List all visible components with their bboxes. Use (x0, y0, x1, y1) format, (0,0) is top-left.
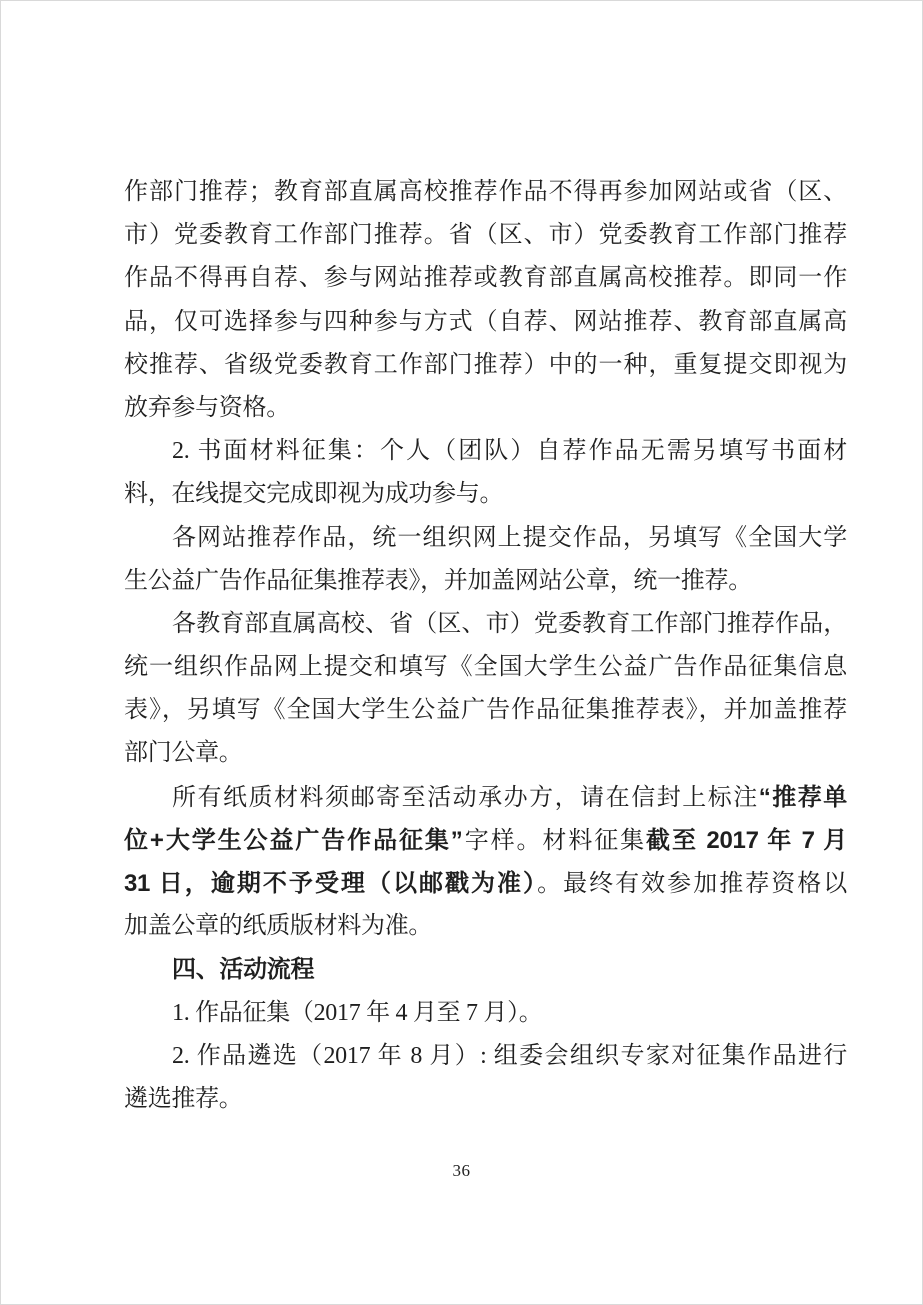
bold-text-segment: 位+大学生公益广告作品征集” (124, 827, 463, 854)
text-line: 品，仅可选择参与四种参与方式（自荐、网站推荐、教育部直属高 (124, 301, 847, 344)
text-line: 各教育部直属高校、省（区、市）党委教育工作部门推荐作品， (124, 603, 847, 646)
text-line: 2. 作品遴选（2017 年 8 月）: 组委会组织专家对征集作品进行 (124, 1035, 847, 1078)
text-line: 所有纸质材料须邮寄至活动承办方，请在信封上标注“推荐单 (124, 776, 847, 819)
text-segment: 生公益广告作品征集推荐表》，并加盖网站公章，统一推荐。 (124, 568, 752, 594)
text-line: 生公益广告作品征集推荐表》，并加盖网站公章，统一推荐。 (124, 560, 847, 603)
text-line: 料，在线提交完成即视为成功参与。 (124, 473, 847, 516)
text-line: 表》，另填写《全国大学生公益广告作品征集推荐表》，并加盖推荐 (124, 689, 847, 732)
text-segment: 2. 书面材料征集：个人（团队）自荐作品无需另填写书面材 (172, 438, 847, 464)
text-line: 统一组织作品网上提交和填写《全国大学生公益广告作品征集信息 (124, 646, 847, 689)
section-heading: 四、活动流程 (124, 948, 847, 991)
text-line: 1. 作品征集（2017 年 4 月至 7 月）。 (124, 992, 847, 1035)
text-segment: 加盖公章的纸质版材料为准。 (124, 913, 432, 939)
document-page: 作部门推荐；教育部直属高校推荐作品不得再参加网站或省（区、市）党委教育工作部门推… (0, 0, 923, 1305)
text-line: 放弃参与资格。 (124, 387, 847, 430)
text-line: 31 日，逾期不予受理（以邮戳为准）。最终有效参加推荐资格以 (124, 862, 847, 905)
bold-text-segment: 截至 2017 年 7 月 (646, 827, 847, 854)
text-segment: 。最终有效参加推荐资格以 (537, 871, 847, 897)
text-segment: 所有纸质材料须邮寄至活动承办方，请在信封上标注 (172, 785, 759, 811)
text-line: 各网站推荐作品，统一组织网上提交作品，另填写《全国大学 (124, 517, 847, 560)
text-segment: 字样。材料征集 (463, 828, 647, 854)
text-segment: 作品不得再自荐、参与网站推荐或教育部直属高校推荐。即同一作 (124, 265, 847, 291)
bold-text-segment: 四、活动流程 (172, 956, 314, 983)
text-line: 加盖公章的纸质版材料为准。 (124, 905, 847, 948)
text-segment: 各网站推荐作品，统一组织网上提交作品，另填写《全国大学 (172, 525, 847, 551)
text-line: 位+大学生公益广告作品征集”字样。材料征集截至 2017 年 7 月 (124, 819, 847, 862)
text-line: 作部门推荐；教育部直属高校推荐作品不得再参加网站或省（区、 (124, 171, 847, 214)
bold-text-segment: “推荐单 (759, 784, 847, 811)
text-segment: 各教育部直属高校、省（区、市）党委教育工作部门推荐作品， (172, 611, 847, 637)
text-segment: 1. 作品征集（2017 年 4 月至 7 月）。 (172, 1000, 543, 1026)
text-segment: 放弃参与资格。 (124, 395, 290, 421)
text-segment: 统一组织作品网上提交和填写《全国大学生公益广告作品征集信息 (124, 654, 847, 680)
text-line: 遴选推荐。 (124, 1078, 847, 1121)
text-segment: 部门公章。 (124, 740, 243, 766)
text-line: 部门公章。 (124, 732, 847, 775)
text-line: 校推荐、省级党委教育工作部门推荐）中的一种，重复提交即视为 (124, 344, 847, 387)
text-line: 市）党委教育工作部门推荐。省（区、市）党委教育工作部门推荐 (124, 214, 847, 257)
text-segment: 市）党委教育工作部门推荐。省（区、市）党委教育工作部门推荐 (124, 222, 847, 248)
page-number: 36 (1, 1161, 922, 1181)
text-segment: 品，仅可选择参与四种参与方式（自荐、网站推荐、教育部直属高 (124, 309, 847, 335)
text-segment: 2. 作品遴选（2017 年 8 月）: 组委会组织专家对征集作品进行 (172, 1043, 847, 1069)
text-line: 作品不得再自荐、参与网站推荐或教育部直属高校推荐。即同一作 (124, 257, 847, 300)
document-body: 作部门推荐；教育部直属高校推荐作品不得再参加网站或省（区、市）党委教育工作部门推… (124, 171, 847, 1121)
text-segment: 表》，另填写《全国大学生公益广告作品征集推荐表》，并加盖推荐 (124, 697, 847, 723)
text-line: 2. 书面材料征集：个人（团队）自荐作品无需另填写书面材 (124, 430, 847, 473)
text-segment: 遴选推荐。 (124, 1086, 243, 1112)
bold-text-segment: 31 日，逾期不予受理（以邮戳为准） (124, 870, 537, 897)
text-segment: 校推荐、省级党委教育工作部门推荐）中的一种，重复提交即视为 (124, 352, 847, 378)
text-segment: 作部门推荐；教育部直属高校推荐作品不得再参加网站或省（区、 (124, 179, 847, 205)
text-segment: 料，在线提交完成即视为成功参与。 (124, 481, 503, 507)
